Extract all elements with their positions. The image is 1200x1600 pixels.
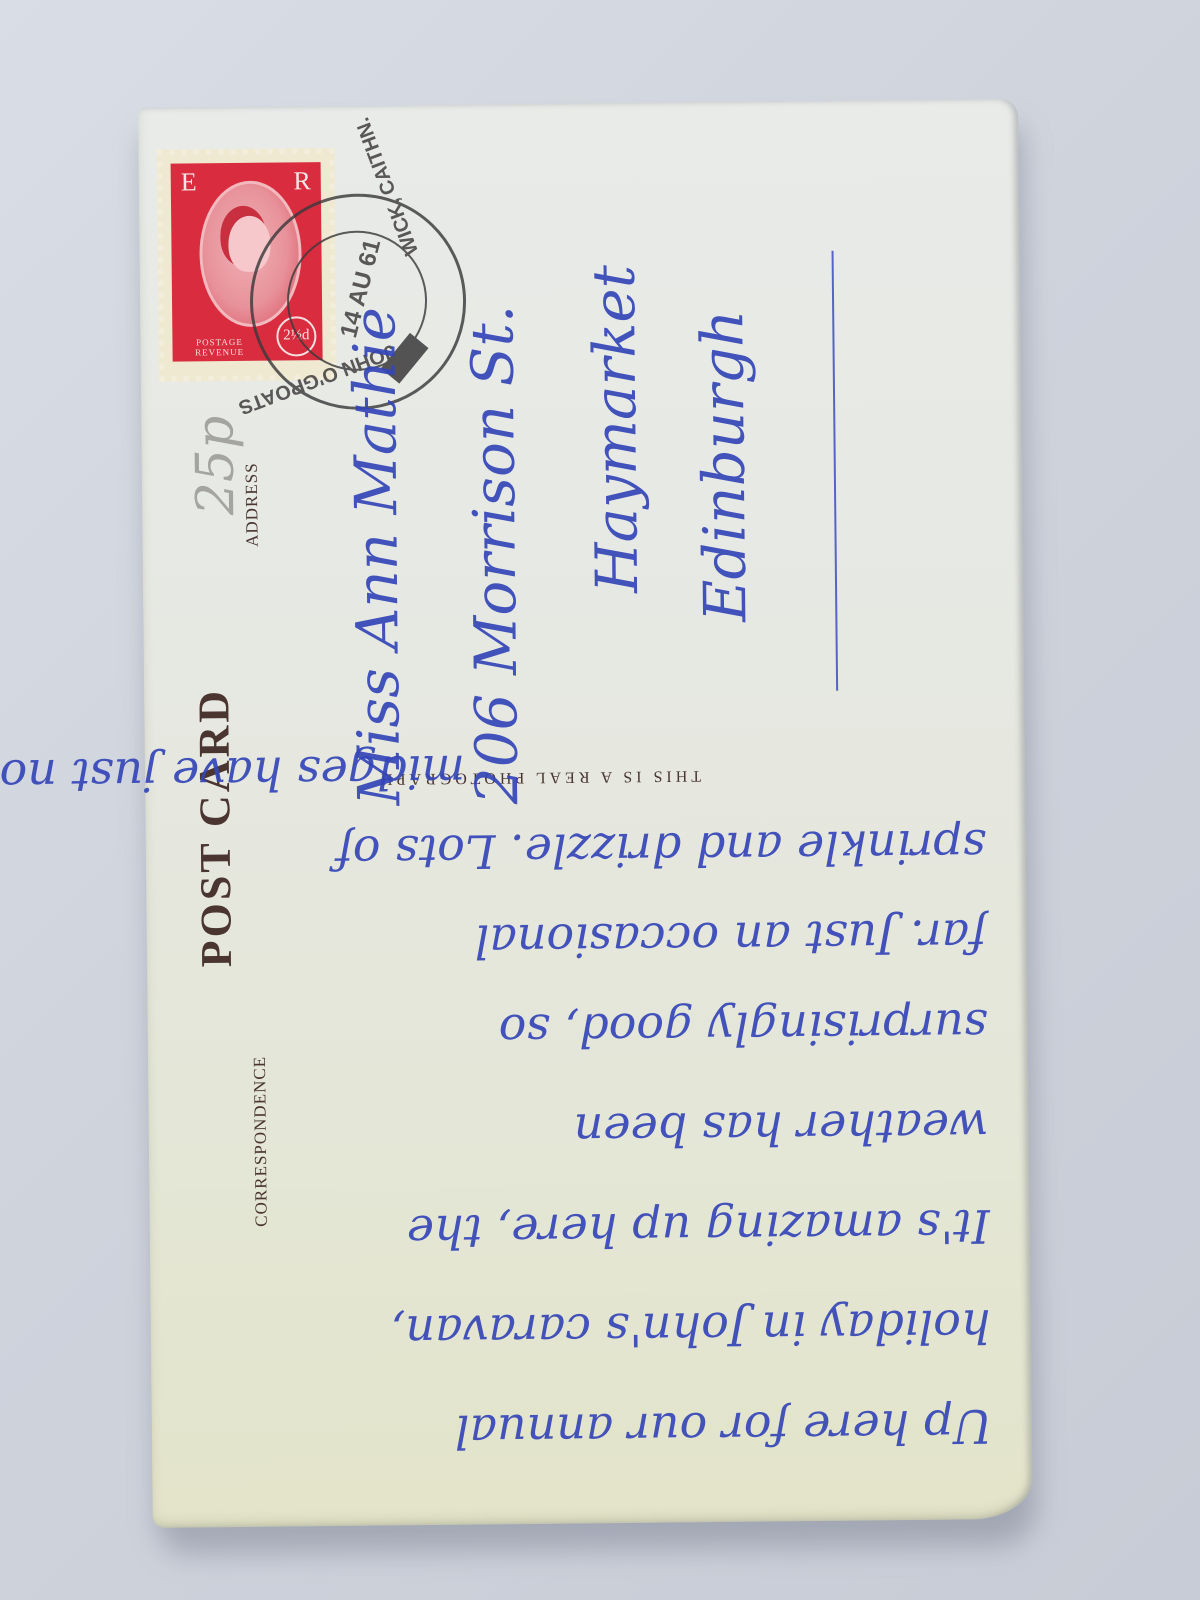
- message-line: midges have just now -: [0, 745, 465, 805]
- correspondence-label: CORRESPONDENCE: [250, 1056, 272, 1227]
- message-line: weather has been: [574, 1099, 989, 1157]
- address-line-street: 206 Morrison St.: [458, 305, 531, 805]
- message-line: surprisingly good, so: [498, 999, 987, 1058]
- post-card-heading: POST CARD: [188, 688, 242, 968]
- message-line: It's amazing up here, the: [407, 1199, 991, 1259]
- address-line-name: Miss Ann Mathie: [340, 307, 413, 806]
- message-line: sprinkle and drizzle. Lots of: [335, 819, 986, 880]
- postcard: E R POSTAGE REVENUE 2½d JOHN O'GROATS WI…: [138, 99, 1033, 1528]
- pencil-price: 25p: [185, 415, 246, 515]
- message-line: holiday in John's caravan,: [391, 1299, 991, 1359]
- address-line-city: Edinburgh: [688, 309, 759, 622]
- message-line: Up here for our annual: [454, 1399, 992, 1459]
- stamp-inscription: POSTAGE REVENUE: [184, 337, 254, 358]
- address-line-district: Haymarket: [580, 265, 651, 594]
- address-label: ADDRESS: [242, 462, 263, 547]
- stamp-letter-e: E: [181, 167, 197, 197]
- address-divider-line: [832, 251, 839, 691]
- message-line: far. Just an occasional: [475, 909, 987, 968]
- stamp-letter-r: R: [293, 166, 311, 196]
